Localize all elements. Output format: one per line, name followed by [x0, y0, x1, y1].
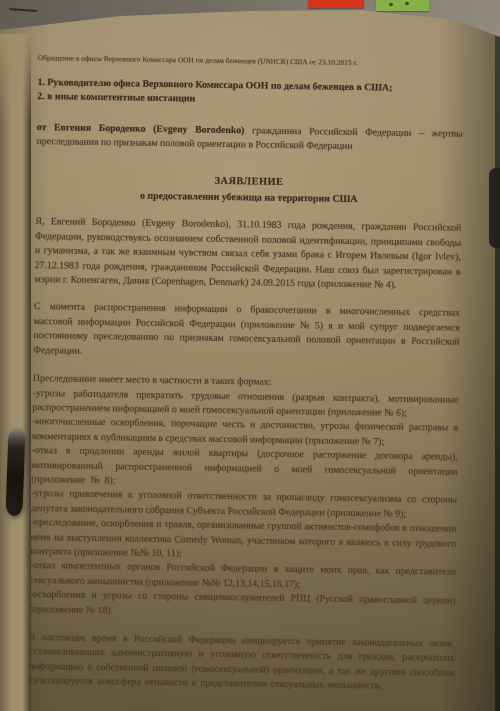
persecution-list: -угрозы работодателя прекратить трудовые… — [29, 386, 459, 623]
list-item-7: -оскорбления и угрозы со стороны священн… — [29, 588, 455, 624]
paragraph-2: С момента распространения информации о б… — [33, 300, 460, 364]
document-title-block: ЗАЯВЛЕНИЕ о предоставлении убежища на те… — [36, 172, 462, 210]
document-header-note: Обращение в офисы Верховного Комиссара О… — [38, 54, 464, 70]
red-index-tab — [308, 0, 364, 8]
page-stack-edge — [0, 34, 31, 711]
applicant-name: от Евгения Бороденко (Evgeny Borodenko) — [37, 122, 245, 136]
pen-edge — [489, 168, 500, 248]
list-item-3: -отказ в продлении аренды жилой квартиры… — [31, 444, 458, 494]
list-item-5: -преследование, оскорбления и травля, ор… — [30, 516, 457, 566]
debris-mark — [9, 8, 37, 12]
page-right-edge — [495, 28, 500, 711]
tab-ink-dot — [389, 3, 393, 6]
addressee-block: 1. Руководителю офиса Верховного Комисса… — [37, 76, 463, 112]
green-index-tab — [376, 0, 429, 11]
tab-ink-dot — [405, 2, 409, 5]
photo-background: Обращение в офисы Верховного Комиссара О… — [0, 0, 500, 711]
applicant-line: от Евгения Бороденко (Evgeny Borodenko) … — [36, 121, 462, 157]
binder-clip — [5, 428, 25, 517]
document-page: Обращение в офисы Верховного Комиссара О… — [0, 0, 500, 711]
document-text: Обращение в офисы Верховного Комиссара О… — [28, 54, 464, 695]
closing-paragraph: В настоящее время в Российской Федерации… — [28, 631, 455, 695]
paragraph-1: Я, Евгений Бороденко (Evgeny Borodenko),… — [34, 215, 461, 294]
